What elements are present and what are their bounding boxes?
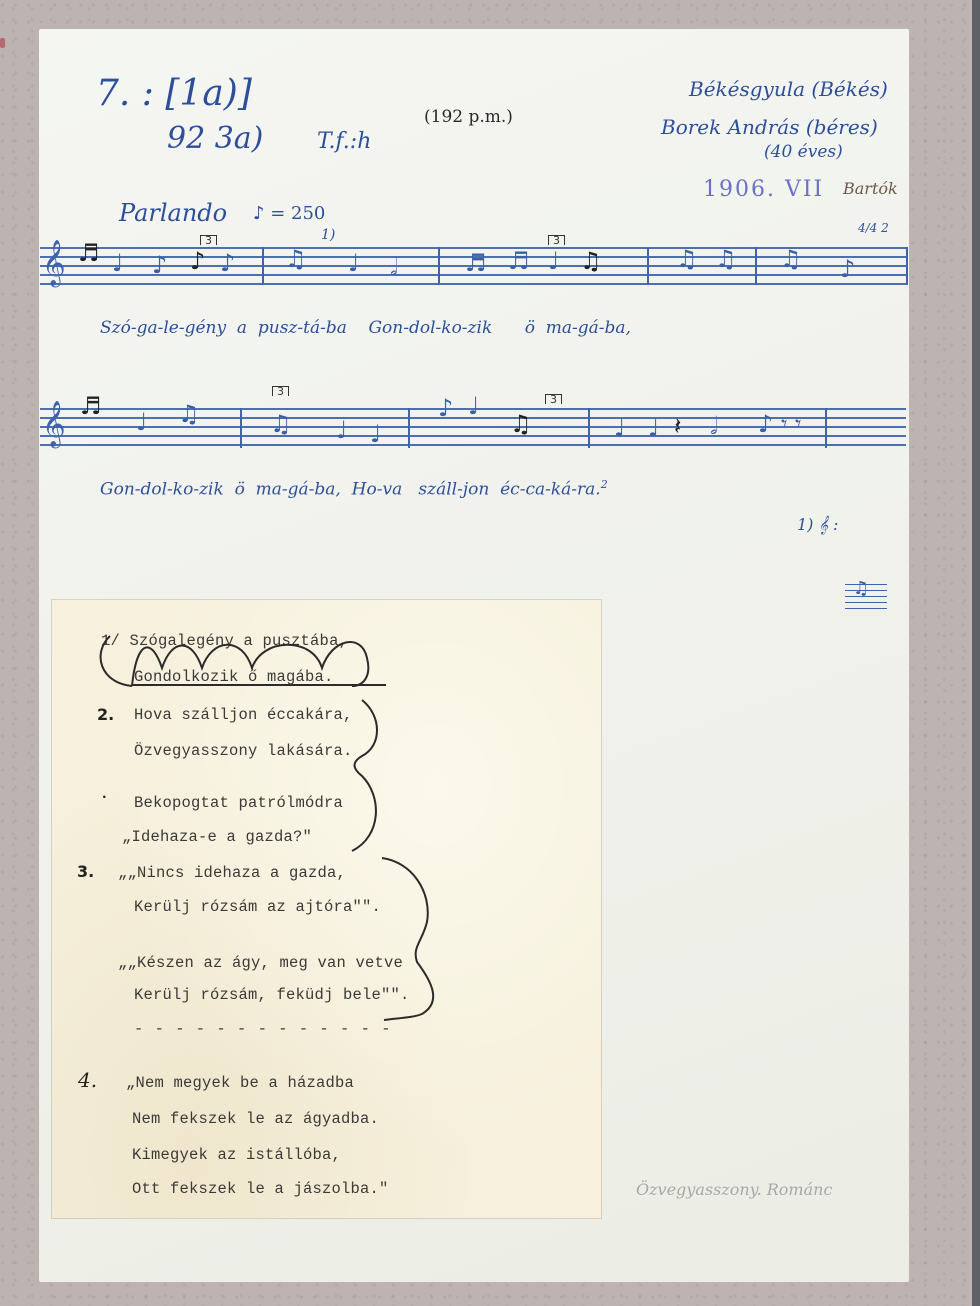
stanza-2-number: 2. — [97, 705, 114, 724]
tempo-marking: Parlando — [119, 199, 227, 227]
scribble-mark — [92, 628, 382, 688]
stanza-4-line-2: Nem fekszek le az ágyadba. — [132, 1110, 379, 1128]
stanza-3-number: 3. — [77, 862, 94, 881]
date: 1906. VII — [703, 177, 824, 202]
item-number: 92 3a) — [167, 121, 263, 156]
stanza-3-line-2: Kerülj rózsám az ajtóra"". — [134, 898, 381, 916]
abbreviation: T.f.:h — [317, 129, 371, 154]
red-mark — [0, 38, 5, 48]
stanza-4-line-1: „Nem megyek be a házadba — [126, 1074, 354, 1092]
stanza-3b-line-1: „„Készen az ágy, meg van vetve — [118, 954, 403, 972]
footnote-staff: ♫ — [845, 584, 887, 610]
time-annotation: 4/4 2 — [858, 221, 889, 235]
board-edge — [972, 0, 980, 1306]
stanza-2b-line-1: Bekopogtat patrólmódra — [134, 794, 343, 812]
page-ref: (192 p.m.) — [424, 107, 513, 127]
performer: Borek András (béres) — [661, 115, 878, 139]
stanza-2b-line-2: „Idehaza-e a gazda?" — [122, 828, 312, 846]
stanza-3-line-1: „„Nincs idehaza a gazda, — [118, 864, 346, 882]
footnote-marker: 1) — [321, 227, 335, 243]
separator: - - - - - - - - - - - - - — [134, 1020, 392, 1038]
stanza-2-line-1: Hova szálljon éccakára, — [134, 706, 353, 724]
place: Békésgyula (Békés) — [689, 77, 888, 101]
stanza-bullet: · — [102, 790, 107, 804]
treble-clef-icon: 𝄞 — [42, 243, 66, 283]
staff-2: 𝄞 ♬ ♩ ♫ 3 ♫ ♩ ♩ ♪ ♩ 3 ♫ ♩ ♩ 𝄽 𝅗𝅥 ♪ 𝄾 𝄾 — [40, 408, 906, 448]
collector: Bartók — [843, 179, 898, 198]
catalog-ref: 7. : [1a)] — [96, 73, 252, 114]
stanza-4-line-3: Kimegyek az istállóba, — [132, 1146, 341, 1164]
pencil-note: Özvegyasszony. Románc — [636, 1180, 832, 1199]
staff-1-lyrics: Szó-ga-le-gény a pusz-tá-ba Gon-dol-ko-z… — [100, 318, 631, 338]
stanza-4-line-4: Ott fekszek le a jászolba." — [132, 1180, 389, 1198]
brace-stanza-3 — [372, 852, 472, 1022]
staff-2-lyrics: Gon-dol-ko-zik ö ma-gá-ba, Ho-va száll-j… — [100, 478, 608, 500]
stanza-2-line-2: Özvegyasszony lakására. — [134, 742, 353, 760]
date-text: 1906. VII — [703, 177, 824, 202]
metronome: ♪ = 250 — [253, 203, 325, 224]
stanza-3b-line-2: Kerülj rózsám, feküdj bele"". — [134, 986, 410, 1004]
typed-lyrics-slip: 1/ Szógalegény a pusztába, Gondolkozik ő… — [52, 600, 601, 1218]
footnote: 1) 𝄞 : — [797, 515, 838, 535]
stanza-4-number: 4. — [78, 1068, 97, 1092]
brace-stanza-2 — [342, 696, 422, 856]
staff-1: 𝄞 ♬ ♩ ♪ ♪ ♪ 3 ♫ ♩ 𝅗𝅥 ♬ ♬ 3 ♩ ♫ ♫ ♫ ♫ ♪ 4… — [40, 247, 906, 287]
treble-clef-icon: 𝄞 — [42, 404, 66, 444]
age: (40 éves) — [764, 142, 843, 162]
